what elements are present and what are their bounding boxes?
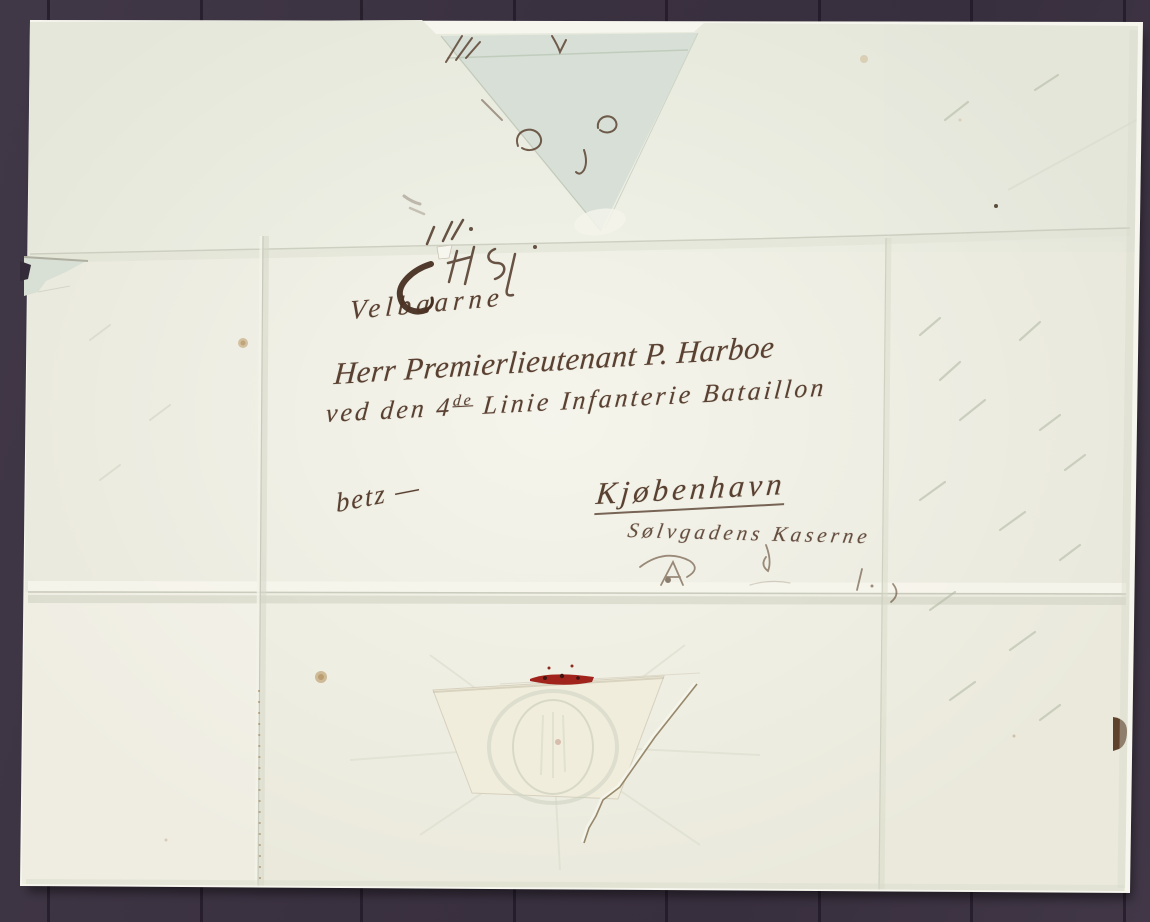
unit-line-prefix: ved den 4 <box>325 392 454 428</box>
unit-line-ordinal: de <box>452 392 474 410</box>
photo-stage: Velbaarne Herr Premierlieutenant P. Harb… <box>0 0 1150 922</box>
letter-cover-image <box>0 0 1150 922</box>
letter-cover <box>0 0 1150 922</box>
